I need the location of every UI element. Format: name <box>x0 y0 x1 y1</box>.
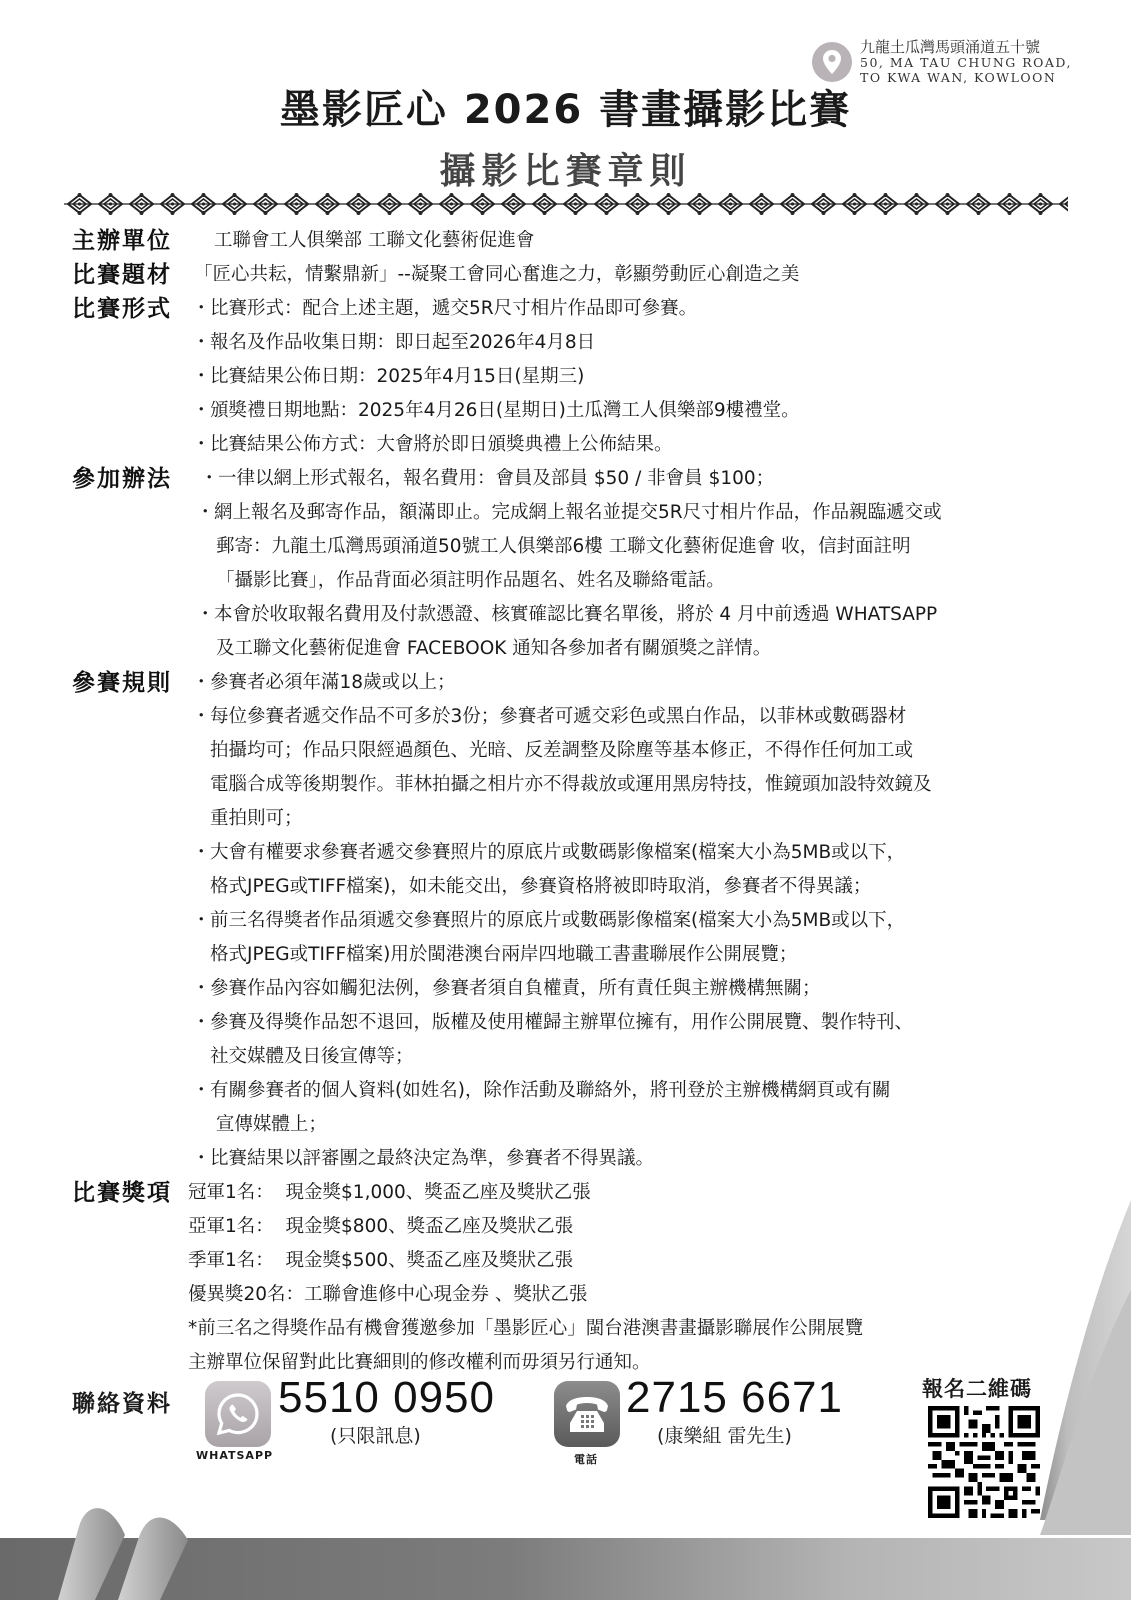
theme-text: 「匠心共耘，情繫鼎新」--凝聚工會同心奮進之力，彰顯勞動匠心創造之美 <box>194 258 1072 292</box>
telephone-number[interactable]: 2715 6671 <box>626 1373 843 1423</box>
section-label: 比賽形式 <box>72 292 196 462</box>
list-item: 參賽及得獎作品恕不退回，版權及使用權歸主辦單位擁有，用作公開展覽、製作特刊、 <box>196 1006 1072 1040</box>
list-item: 比賽形式：配合上述主題，遞交5R尺寸相片作品即可參賽。 <box>196 292 1072 326</box>
organizer-text: 工聯會工人俱樂部 工聯文化藝術促進會 <box>196 224 1072 258</box>
page-subtitle: 攝影比賽章則 <box>0 143 1131 194</box>
section-format: 比賽形式 比賽形式：配合上述主題，遞交5R尺寸相片作品即可參賽。 報名及作品收集… <box>72 292 1072 462</box>
qr-code-icon[interactable] <box>928 1406 1040 1518</box>
list-item: 本會於收取報名費用及付款憑證、核實確認比賽名單後，將於 4 月中前透過 WHAT… <box>196 598 1072 632</box>
list-item: 每位參賽者遞交作品不可多於3份；參賽者可遞交彩色或黑白作品，以菲林或數碼器材 <box>196 700 1072 734</box>
list-item-continued: 「攝影比賽」，作品背面必須註明作品題名、姓名及聯絡電話。 <box>196 564 1072 598</box>
section-label: 參加辦法 <box>72 462 196 666</box>
address-english-line1: 50, MA TAU CHUNG ROAD, <box>860 55 1072 70</box>
list-item: 前三名得獎者作品須遞交參賽照片的原底片或數碼影像檔案(檔案大小為5MB或以下， <box>196 904 1072 938</box>
section-theme: 比賽題材 「匠心共耘，情繫鼎新」--凝聚工會同心奮進之力，彰顯勞動匠心創造之美 <box>72 258 1072 292</box>
telephone-note: (康樂組 雷先生) <box>657 1421 792 1448</box>
list-item-continued: 拍攝均可；作品只限經過顏色、光暗、反差調整及除塵等基本修正，不得作任何加工或 <box>196 734 1072 768</box>
address-chinese: 九龍土瓜灣馬頭涌道五十號 <box>860 40 1072 55</box>
list-item-continued: 郵寄：九龍土瓜灣馬頭涌道50號工人俱樂部6樓 工聯文化藝術促進會 收，信封面註明 <box>196 530 1072 564</box>
map-pin-icon <box>812 42 852 82</box>
ornamental-divider <box>64 192 1068 216</box>
section-label: 比賽題材 <box>72 258 196 292</box>
list-item: 參賽作品內容如觸犯法例，參賽者須自負權責，所有責任與主辦機構無關； <box>196 972 1072 1006</box>
list-item: 比賽結果公佈日期：2025年4月15日(星期三) <box>196 360 1072 394</box>
list-item: 報名及作品收集日期：即日起至2026年4月8日 <box>196 326 1072 360</box>
whatsapp-note: (只限訊息) <box>330 1421 421 1448</box>
section-organizer: 主辦單位 工聯會工人俱樂部 工聯文化藝術促進會 <box>72 224 1072 258</box>
list-item-continued: 重拍則可； <box>196 802 1072 836</box>
whatsapp-icon[interactable] <box>205 1381 271 1447</box>
prize-item: 季軍1名： 現金獎$500、獎盃乙座及獎狀乙張 <box>188 1244 1072 1278</box>
list-item: 網上報名及郵寄作品，額滿即止。完成網上報名並提交5R尺寸相片作品，作品親臨遞交或 <box>196 496 1072 530</box>
section-rules: 參賽規則 參賽者必須年滿18歲或以上； 每位參賽者遞交作品不可多於3份；參賽者可… <box>72 666 1072 1176</box>
list-item-continued: 電腦合成等後期製作。菲林拍攝之相片亦不得裁放或運用黑房特技，惟鏡頭加設特效鏡及 <box>196 768 1072 802</box>
section-label: 比賽獎項 <box>72 1176 196 1380</box>
section-label: 主辦單位 <box>72 224 196 258</box>
prize-item: 亞軍1名： 現金獎$800、獎盃乙座及獎狀乙張 <box>188 1210 1072 1244</box>
list-item: 一律以網上形式報名，報名費用：會員及部員 $50 / 非會員 $100； <box>196 462 1072 496</box>
list-item: 頒獎禮日期地點：2025年4月26日(星期日)土瓜灣工人俱樂部9樓禮堂。 <box>196 394 1072 428</box>
telephone-caption: 電話 <box>574 1451 598 1467</box>
prize-item: 冠軍1名： 現金獎$1,000、獎盃乙座及獎狀乙張 <box>188 1176 1072 1210</box>
list-item-continued: 格式JPEG或TIFF檔案)，如未能交出，參賽資格將被即時取消，參賽者不得異議； <box>196 870 1072 904</box>
list-item: 參賽者必須年滿18歲或以上； <box>196 666 1072 700</box>
prize-item: 優異獎20名：工聯會進修中心現金券 、獎狀乙張 <box>188 1278 1072 1312</box>
section-prizes: 比賽獎項 冠軍1名： 現金獎$1,000、獎盃乙座及獎狀乙張 亞軍1名： 現金獎… <box>72 1176 1072 1380</box>
list-item: 大會有權要求參賽者遞交參賽照片的原底片或數碼影像檔案(檔案大小為5MB或以下， <box>196 836 1072 870</box>
telephone-icon[interactable] <box>554 1381 620 1447</box>
list-item-continued: 宣傳媒體上； <box>196 1108 1072 1142</box>
list-item: 比賽結果以評審團之最終決定為準，參賽者不得異議。 <box>196 1142 1072 1176</box>
list-item-continued: 格式JPEG或TIFF檔案)用於閩港澳台兩岸四地職工書畫聯展作公開展覽； <box>196 938 1072 972</box>
rules-content: 主辦單位 工聯會工人俱樂部 工聯文化藝術促進會 比賽題材 「匠心共耘，情繫鼎新」… <box>72 224 1072 1380</box>
prize-note: *前三名之得獎作品有機會獲邀參加「墨影匠心」閩台港澳書畫攝影聯展作公開展覽 <box>188 1312 1072 1346</box>
whatsapp-number[interactable]: 5510 0950 <box>278 1373 495 1423</box>
section-label: 聯絡資料 <box>72 1385 172 1418</box>
section-label: 參賽規則 <box>72 666 196 1176</box>
list-item: 比賽結果公佈方式：大會將於即日頒獎典禮上公佈結果。 <box>196 428 1072 462</box>
qr-title: 報名二維碼 <box>922 1373 1032 1403</box>
list-item: 有關參賽者的個人資料(如姓名)，除作活動及聯絡外，將刊登於主辦機構網頁或有關 <box>196 1074 1072 1108</box>
whatsapp-caption: WHATSAPP <box>196 1449 273 1462</box>
page-title: 墨影匠心 2026 書畫攝影比賽 <box>0 78 1131 135</box>
list-item-continued: 社交媒體及日後宣傳等； <box>196 1040 1072 1074</box>
section-participation: 參加辦法 一律以網上形式報名，報名費用：會員及部員 $50 / 非會員 $100… <box>72 462 1072 666</box>
list-item-continued: 及工聯文化藝術促進會 FACEBOOK 通知各參加者有關頒獎之詳情。 <box>196 632 1072 666</box>
